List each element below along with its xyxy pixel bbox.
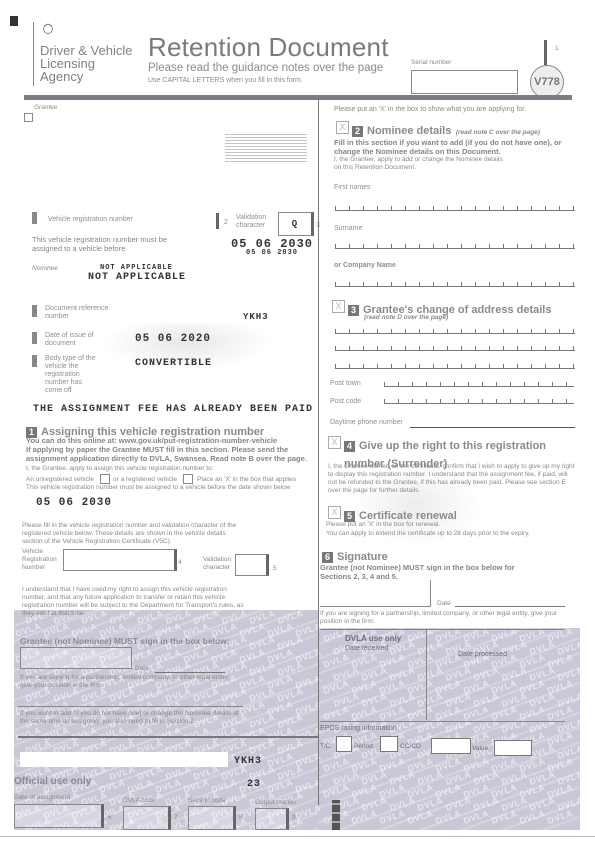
- royal-crest-icon: [41, 22, 55, 34]
- fill-in-text: Please fill in the vehicle registration …: [22, 522, 247, 546]
- footer-ref-number: 23: [247, 779, 261, 790]
- section-2-header: 2Nominee details (read note C over the p…: [352, 121, 540, 139]
- phone-label: Daytime phone number: [330, 419, 403, 427]
- document-title: Retention Document: [148, 32, 389, 63]
- vc-label: Validation character: [203, 556, 235, 572]
- dvla-code-label: DVLA code: [123, 797, 156, 805]
- section-6-number: 6: [322, 552, 333, 563]
- grantee-checkbox[interactable]: [24, 113, 33, 122]
- tc-input[interactable]: [336, 736, 352, 752]
- dvla-use-title: DVLA use only: [345, 634, 401, 643]
- section-6-partnership-text: If you are signing for a partnership, li…: [320, 610, 570, 626]
- page-marker: 1: [555, 45, 559, 53]
- x-mark: X: [335, 301, 341, 311]
- body-type: CONVERTIBLE: [135, 358, 212, 369]
- nominee-value-2: NOT APPLICABLE: [88, 272, 186, 283]
- section-3-note: (read note D over the page): [364, 314, 448, 322]
- field-number-2: 2: [224, 219, 228, 227]
- field-number-9: 9: [292, 814, 296, 822]
- section-2-title: Nominee details: [367, 125, 451, 137]
- tc-label: T/C: [320, 743, 330, 751]
- x-mark: X: [331, 507, 337, 517]
- registered-label: or a registered vehicle: [113, 476, 177, 484]
- period-input[interactable]: [380, 736, 398, 752]
- value-input[interactable]: [494, 740, 532, 756]
- right-instruction: Please put an 'X' in the box to show wha…: [334, 106, 579, 114]
- section-code-box: [188, 806, 236, 830]
- field-number-5: 5: [273, 565, 277, 573]
- date-processed-label: Date processed: [458, 651, 507, 659]
- grantee-partnership-text: If you are signing for a partnership, li…: [20, 674, 230, 690]
- address-line-2[interactable]: [335, 344, 575, 351]
- understand-text: I understand that I have used my right t…: [22, 586, 247, 618]
- section-4-checkbox[interactable]: X: [328, 436, 341, 449]
- value-label: Value: [472, 745, 488, 753]
- doc-ref-suffix: YKH3: [243, 312, 269, 322]
- surname-label: Surname: [334, 225, 362, 233]
- vrn-input[interactable]: [63, 549, 177, 571]
- postcode-label: Post code: [330, 398, 361, 406]
- grantee-label: Grantee: [34, 104, 58, 112]
- agency-line-3: Agency: [40, 70, 132, 83]
- section-4-number: 4: [344, 441, 355, 452]
- output-marker-box: [255, 808, 289, 830]
- field-number-6: 6: [108, 814, 112, 822]
- section-6-date-label: Date: [437, 600, 451, 608]
- expiry-date-small: 05 06 2030: [246, 249, 298, 257]
- address-line-3[interactable]: [335, 362, 575, 369]
- validation-character-value: Q: [292, 219, 298, 229]
- dvla-use-divider: [426, 630, 427, 720]
- section-1-paper-text: If applying by paper the Grantee MUST fi…: [26, 445, 318, 463]
- company-name-input[interactable]: [335, 280, 575, 287]
- section-1-apply-text: I, the Grantee, apply to assign this veh…: [26, 465, 318, 473]
- section-5-text-2: You can apply to extend the certificate …: [326, 530, 581, 538]
- document-subtitle: Please read the guidance notes over the …: [148, 62, 383, 74]
- field-marker: [32, 355, 37, 367]
- date-assignment-label: Date of assignment: [14, 794, 70, 802]
- doc-ref-label: Document reference number: [45, 305, 115, 321]
- grantee-date-line[interactable]: [155, 672, 225, 673]
- field-number-7: 7: [174, 814, 178, 822]
- section-code-label: Section code: [188, 797, 226, 805]
- post-town-input[interactable]: [384, 380, 574, 387]
- column-divider: [318, 100, 319, 805]
- control-marks: [332, 800, 340, 830]
- company-name-label: or Company Name: [334, 262, 396, 270]
- section-2-apply: I, the Grantee, apply to add or change t…: [334, 156, 504, 172]
- tick-instruction: Place an 'X' in the box that applies: [197, 476, 322, 484]
- dvla-use-top-rule: [320, 629, 565, 630]
- post-town-label: Post town: [330, 380, 361, 388]
- section-4-text: I, the Grantee named on the certificate,…: [328, 463, 578, 495]
- epos-title: EPOS taxing information: [320, 725, 397, 733]
- scan-edge: [0, 836, 595, 837]
- section-2-number: 2: [352, 126, 363, 137]
- dvla-code-box: [123, 806, 171, 830]
- official-use-label: Official use only: [14, 776, 91, 787]
- nominee-value-1: NOT APPLICABLE: [100, 264, 173, 272]
- x-mark: X: [331, 437, 337, 447]
- output-marker-label: Output marker: [255, 799, 297, 807]
- serial-number-box: [411, 70, 518, 94]
- address-line-1[interactable]: [335, 327, 575, 334]
- cc-label: CC/CO: [400, 743, 421, 751]
- section-3-number: 3: [348, 305, 359, 316]
- section-3-checkbox[interactable]: X: [332, 300, 345, 313]
- before-date: 05 06 2030: [36, 497, 112, 509]
- date-received-label: Date received: [345, 645, 388, 653]
- vehicle-reg-label: Vehicle registration number: [48, 216, 133, 224]
- form-code-badge: V778: [530, 65, 564, 99]
- registered-checkbox[interactable]: [183, 474, 193, 484]
- period-label: Period: [354, 743, 373, 751]
- section-5-checkbox[interactable]: X: [328, 506, 341, 519]
- validation-character-input[interactable]: [235, 554, 269, 576]
- cc-input[interactable]: [431, 738, 471, 754]
- nominee-label: Nominee: [32, 265, 58, 273]
- header-rule: [24, 95, 572, 100]
- section-6-signature-box[interactable]: [320, 580, 431, 607]
- nominee-note: If you want to add (if you do not have o…: [20, 710, 240, 726]
- dvla-use-bottom-rule: [320, 721, 565, 722]
- capital-letters-instruction: Use CAPITAL LETTERS when you fill in thi…: [148, 77, 303, 85]
- position-line[interactable]: [18, 706, 243, 707]
- unregistered-label: An unregistered vehicle: [26, 476, 94, 484]
- field-marker: [32, 305, 37, 317]
- doc-ref-redacted: [136, 301, 235, 323]
- postcode-input[interactable]: [384, 397, 574, 404]
- grantee-address-redacted: [82, 125, 218, 230]
- body-type-label: Body type of the vehicle the registratio…: [45, 355, 100, 395]
- header-divider: [33, 22, 34, 86]
- grantee-sign-heading: Grantee (not Nominee) MUST sign in the b…: [20, 636, 230, 646]
- section-1-online-text: You can do this online at: www.gov.uk/pu…: [26, 436, 316, 445]
- agency-name: Driver & Vehicle Licensing Agency: [40, 44, 132, 83]
- section-2-note: (read note C over the page): [456, 129, 540, 136]
- surname-input[interactable]: [335, 242, 575, 249]
- field-marker: [32, 212, 37, 224]
- section-6-title: Signature: [337, 551, 388, 563]
- page-marker-bar: [544, 40, 547, 65]
- field-number-4: 4: [178, 559, 182, 567]
- section-2-checkbox[interactable]: X: [336, 121, 349, 134]
- section-6-text: Grantee (not Nominee) MUST sign in the b…: [320, 563, 535, 581]
- barcode-pattern: [225, 132, 307, 162]
- validation-label: Validation character: [236, 214, 276, 230]
- vrn-box-end: [216, 213, 219, 229]
- issue-date: 05 06 2020: [135, 333, 211, 345]
- assign-before-text: This vehicle registration number must be…: [32, 235, 182, 253]
- issue-date-label: Date of issue of document: [45, 332, 105, 348]
- x-mark: X: [339, 122, 345, 132]
- date-assignment-box: [14, 804, 104, 828]
- phone-input[interactable]: [410, 427, 575, 428]
- fee-notice: THE ASSIGNMENT FEE HAS ALREADY BEEN PAID: [33, 404, 313, 415]
- grantee-signature-box[interactable]: [20, 647, 132, 669]
- serial-number-label: Serial number: [411, 59, 451, 67]
- field-number-8: 8: [239, 814, 243, 822]
- before-date-text: This vehicle registration number must be…: [26, 484, 318, 492]
- footer-ref-redacted: [20, 752, 228, 767]
- first-names-input[interactable]: [335, 204, 575, 211]
- section-5-text-1: Please put an 'X' in the box for renewal…: [326, 521, 576, 529]
- vrn-label: Vehicle Registration Number: [22, 548, 62, 572]
- validation-character-box: Q: [278, 212, 314, 236]
- field-marker: [32, 332, 37, 344]
- section-6-date-line[interactable]: [455, 606, 565, 607]
- section-2-text: Fill in this section if you want to add …: [334, 138, 574, 156]
- first-names-label: First names: [334, 184, 371, 192]
- grantee-date-label: Date: [135, 665, 149, 673]
- section-1-bottom-rule: [18, 736, 318, 738]
- footer-ref-suffix: YKH3: [234, 756, 262, 767]
- unregistered-checkbox[interactable]: [100, 474, 110, 484]
